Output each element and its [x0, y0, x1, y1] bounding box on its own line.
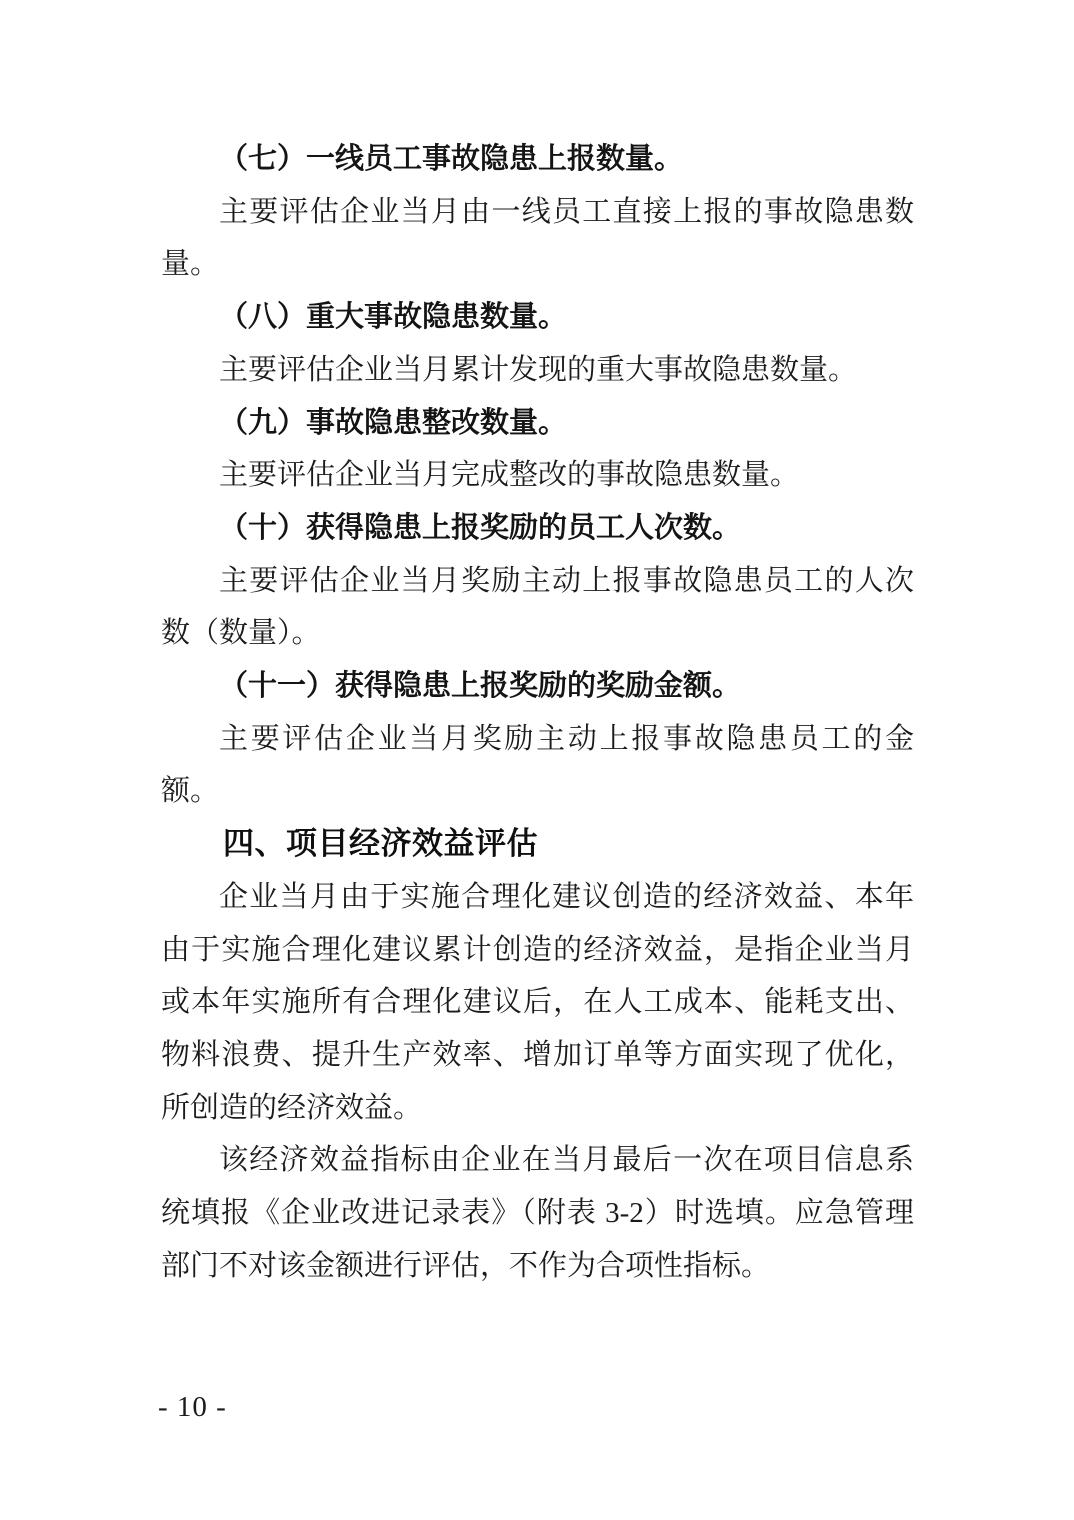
body-paragraph: 主要评估企业当月完成整改的事故隐患数量。	[161, 449, 914, 502]
section-heading: 四、项目经济效益评估	[161, 818, 914, 871]
body-paragraph: 主要评估企业当月奖励主动上报事故隐患员工的金额。	[161, 713, 914, 818]
body-paragraph: 主要评估企业当月累计发现的重大事故隐患数量。	[161, 344, 914, 397]
document-body: （七）一线员工事故隐患上报数量。主要评估企业当月由一线员工直接上报的事故隐患数量…	[161, 133, 914, 1292]
page-number: - 10 -	[158, 1389, 227, 1425]
body-paragraph: 该经济效益指标由企业在当月最后一次在项目信息系统填报《企业改进记录表》（附表 3…	[161, 1134, 914, 1292]
item-subheading: （七）一线员工事故隐患上报数量。	[161, 133, 914, 186]
document-page: （七）一线员工事故隐患上报数量。主要评估企业当月由一线员工直接上报的事故隐患数量…	[0, 0, 1074, 1520]
item-subheading: （十一）获得隐患上报奖励的奖励金额。	[161, 660, 914, 713]
item-subheading: （九）事故隐患整改数量。	[161, 397, 914, 450]
body-paragraph: 主要评估企业当月奖励主动上报事故隐患员工的人次数（数量）。	[161, 555, 914, 660]
item-subheading: （八）重大事故隐患数量。	[161, 291, 914, 344]
item-subheading: （十）获得隐患上报奖励的员工人次数。	[161, 502, 914, 555]
body-paragraph: 企业当月由于实施合理化建议创造的经济效益、本年由于实施合理化建议累计创造的经济效…	[161, 871, 914, 1135]
body-paragraph: 主要评估企业当月由一线员工直接上报的事故隐患数量。	[161, 186, 914, 291]
